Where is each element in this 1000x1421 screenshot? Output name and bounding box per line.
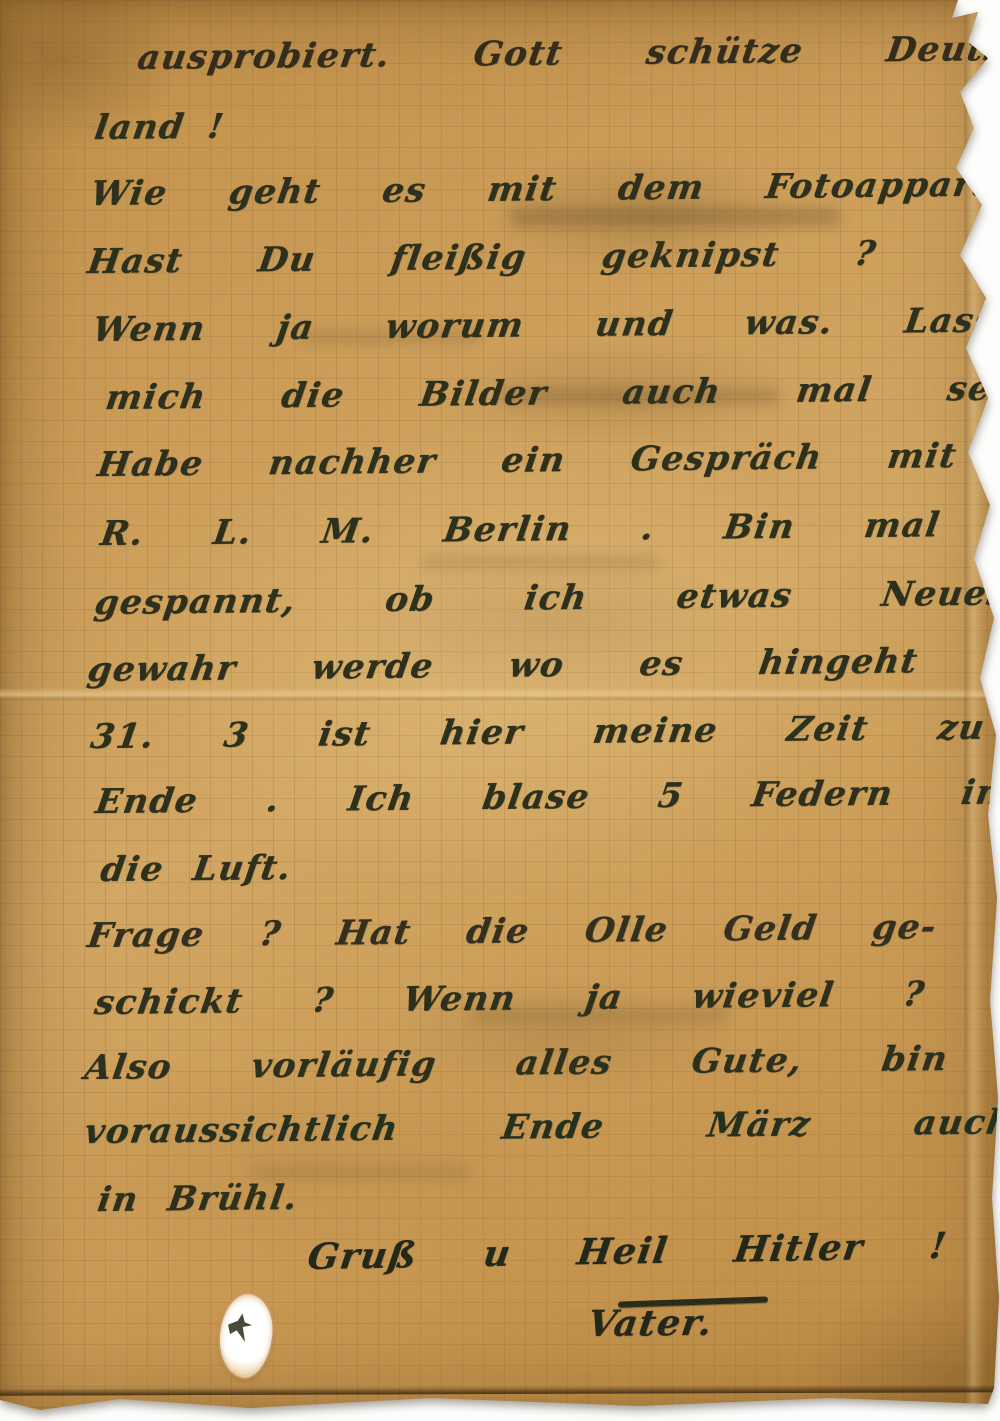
letter-line-17: voraussichtlich Ende März auch: [82, 1104, 1000, 1151]
handwriting-layer: ausprobiert. Gott schütze Deutsch- land …: [0, 0, 1000, 1421]
paper-sheet: ausprobiert. Gott schütze Deutsch- land …: [0, 0, 1000, 1421]
letter-line-10: gewahr werde wo es hingeht am: [85, 642, 1000, 689]
ink-blot-in-hole: [226, 1312, 253, 1342]
letter-line-18: in Brühl.: [95, 1180, 301, 1219]
letter-line-2: land !: [92, 109, 227, 148]
letter-line-11: 31. 3 ist hier meine Zeit zu: [88, 710, 988, 757]
letter-line-8: R. L. M. Berlin . Bin mal: [98, 507, 943, 553]
signature: Vater.: [585, 1304, 716, 1345]
letter-line-12: Ende . Ich blase 5 Federn in: [93, 775, 1000, 822]
letter-line-1: ausprobiert. Gott schütze Deutsch-: [135, 30, 1000, 77]
letter-line-3: Wie geht es mit dem Fotoapparat ?: [88, 165, 1000, 213]
letter-line-14: Frage ? Hat die Olle Geld ge-: [85, 909, 939, 955]
letter-line-9: gespannt, ob ich etwas Neues: [92, 575, 1000, 622]
letter-line-4: Hast Du fleißig geknipst ?: [85, 236, 879, 282]
letter-line-16: Also vorläufig alles Gute, bin: [82, 1041, 951, 1087]
letter-scan: ausprobiert. Gott schütze Deutsch- land …: [0, 0, 1000, 1421]
letter-line-15: schickt ? Wenn ja wieviel ?: [92, 976, 928, 1022]
letter-line-5: Wenn ja worum und was. Lasse: [90, 302, 1000, 349]
letter-line-6: mich die Bilder auch mal sehn.: [103, 370, 1000, 417]
closing-line: Gruß u Heil Hitler !: [305, 1227, 950, 1278]
letter-line-13: die Luft.: [98, 850, 294, 889]
letter-line-7: Habe nachher ein Gespräch mit dem: [95, 436, 1000, 484]
